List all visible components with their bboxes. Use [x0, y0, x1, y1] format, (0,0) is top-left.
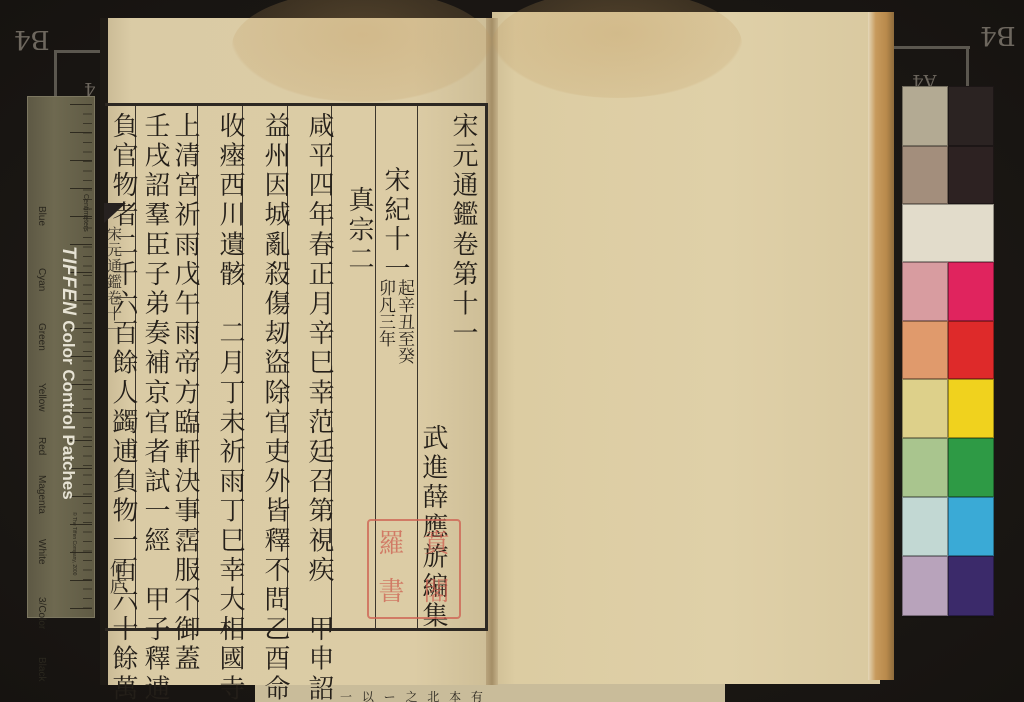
seal-char: 賁	[414, 521, 459, 569]
patch-light-orange	[902, 321, 948, 379]
patch-green	[948, 438, 994, 497]
ruler-calibration-label: Centimeters	[82, 194, 89, 232]
seal-char: 羅	[369, 521, 414, 569]
patch-light-yellow	[902, 379, 948, 438]
tiffen-color-control-strip: Centimeters TIFFEN Color Control Patches…	[27, 96, 95, 618]
ruler-patch-labels: Blue Cyan Green Yellow Red Magenta White…	[36, 206, 47, 697]
label-red: Red	[36, 437, 47, 475]
emperor-heading: 真宗二	[341, 186, 378, 275]
patch-light-green	[902, 438, 948, 497]
patch-red	[948, 321, 994, 379]
text-column-6: 負官物者二千六百餘人蠲逋負物一百六十餘萬	[105, 112, 142, 702]
board-mark-b4-right: B4	[980, 20, 1016, 50]
seal-char: 閣	[414, 569, 459, 617]
text-column-3: 收瘞西川遺骸 二月丁未祈雨丁巳幸大相國寺	[212, 112, 249, 702]
ruler-product-name: Color Control Patches	[59, 320, 78, 499]
patch-cyan	[948, 497, 994, 556]
patch-gray-light	[902, 86, 948, 146]
text-column-1: 咸平四年春正月辛巳幸范廷召第視疾 甲申詔	[301, 112, 338, 702]
board-frame-line	[54, 50, 102, 53]
board-frame-line	[54, 50, 57, 98]
patch-light-lavender	[902, 556, 948, 616]
patch-violet	[948, 556, 994, 616]
patch-light-pink	[902, 262, 948, 321]
ruler-brand: TIFFEN Color Control Patches	[57, 246, 79, 500]
patch-dark-2	[948, 146, 994, 204]
label-yellow: Yellow	[36, 383, 47, 437]
color-calibration-chart	[902, 86, 994, 618]
tiffen-logo: TIFFEN	[58, 246, 79, 316]
right-page-blank	[492, 12, 880, 684]
label-3color: 3/Color	[36, 597, 47, 657]
ruler-copyright: © The Tiffen Company, 2000	[71, 512, 77, 575]
label-magenta: Magenta	[36, 475, 47, 539]
patch-brown-gray	[902, 146, 948, 204]
text-column-5: 壬戌詔羣臣子弟奏補京官者試一經 甲子釋逋	[137, 112, 174, 702]
text-column-2: 益州因城亂殺傷刼盜除官吏外皆釋不問乙酉命	[257, 112, 294, 702]
red-collector-seal: 羅 賁 書 閣	[367, 519, 461, 619]
patch-dark-1	[948, 86, 994, 146]
patch-white	[902, 204, 994, 262]
label-black: Black	[36, 657, 47, 697]
patch-magenta	[948, 262, 994, 321]
patch-yellow	[948, 379, 994, 438]
label-white: White	[36, 539, 47, 597]
label-green: Green	[36, 323, 47, 383]
label-blue: Blue	[36, 206, 47, 268]
patch-light-cyan	[902, 497, 948, 556]
board-mark-b4-left: B4	[14, 24, 50, 54]
underlying-page-text: 一 以 ー 之 北 本 有	[340, 688, 486, 702]
dynasty-heading: 宋紀十一	[377, 166, 414, 284]
seal-char: 書	[369, 569, 414, 617]
board-frame-line	[966, 46, 969, 86]
book-fore-edge	[868, 12, 894, 680]
range-note-left: 卯凡三年	[373, 279, 398, 347]
volume-title: 宋元通鑑卷第十一	[445, 112, 482, 349]
label-cyan: Cyan	[36, 268, 47, 323]
